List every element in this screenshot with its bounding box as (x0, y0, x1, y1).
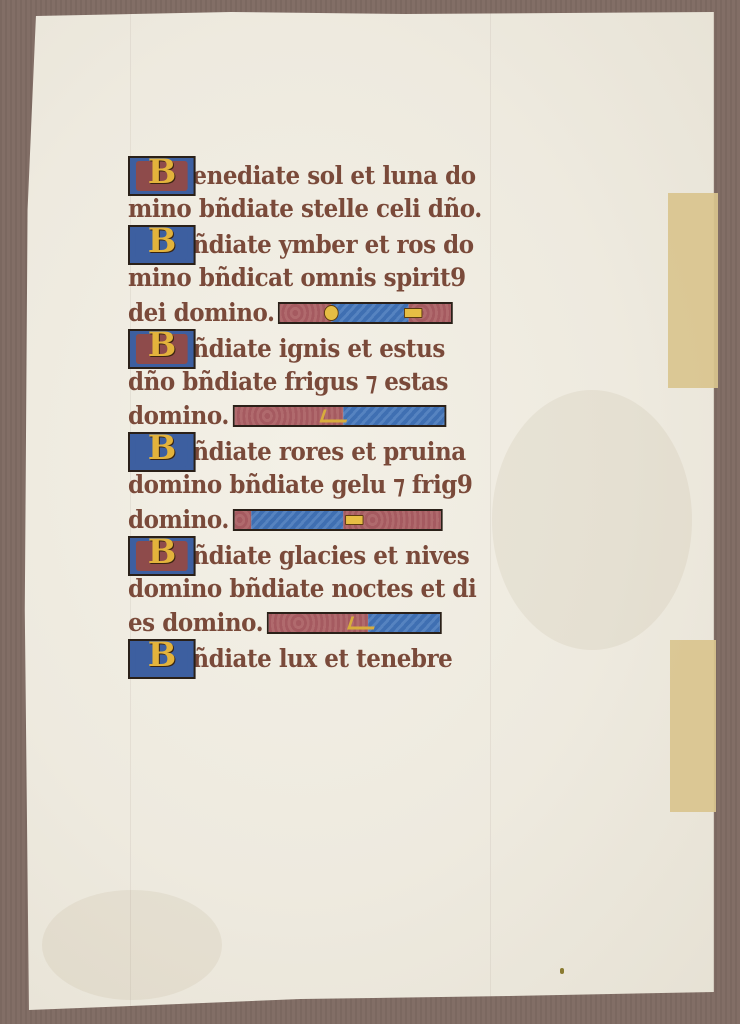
text-line: Bñdiate lux et tenebre (128, 639, 468, 674)
manuscript-text: Benediate sol et luna do mino bñdiate st… (128, 156, 498, 674)
illuminated-initial: B (128, 639, 196, 679)
text-line: domino. (128, 501, 468, 536)
stain-spot (560, 968, 564, 974)
tape-strip-upper (668, 193, 718, 388)
text-line: dño bñdiate frigus ⁊ estas (128, 363, 468, 398)
text-line: mino bñdicat omnis spirit9 (128, 260, 468, 295)
text-line: domino bñdiate noctes et di (128, 570, 468, 605)
text-line: domino. (128, 398, 468, 433)
text-line: Bñdiate rores et pruina (128, 432, 468, 467)
text-line: Bñdiate ymber et ros do (128, 225, 468, 260)
line-filler (278, 302, 453, 324)
line-filler (267, 612, 442, 634)
line-filler (233, 405, 446, 427)
line-filler (233, 509, 443, 531)
stain (492, 390, 692, 650)
text-line: domino bñdiate gelu ⁊ frig9 (128, 467, 468, 502)
text-line: Bñdiate ignis et estus (128, 329, 468, 364)
text-line: dei domino. (128, 294, 468, 329)
tape-strip-lower (670, 640, 716, 812)
text-line: es domino. (128, 605, 468, 640)
stain (42, 890, 222, 1000)
text-line: mino bñdiate stelle celi dño. (128, 191, 468, 226)
text-line: Bñdiate glacies et nives (128, 536, 468, 571)
text-line: Benediate sol et luna do (128, 156, 468, 191)
